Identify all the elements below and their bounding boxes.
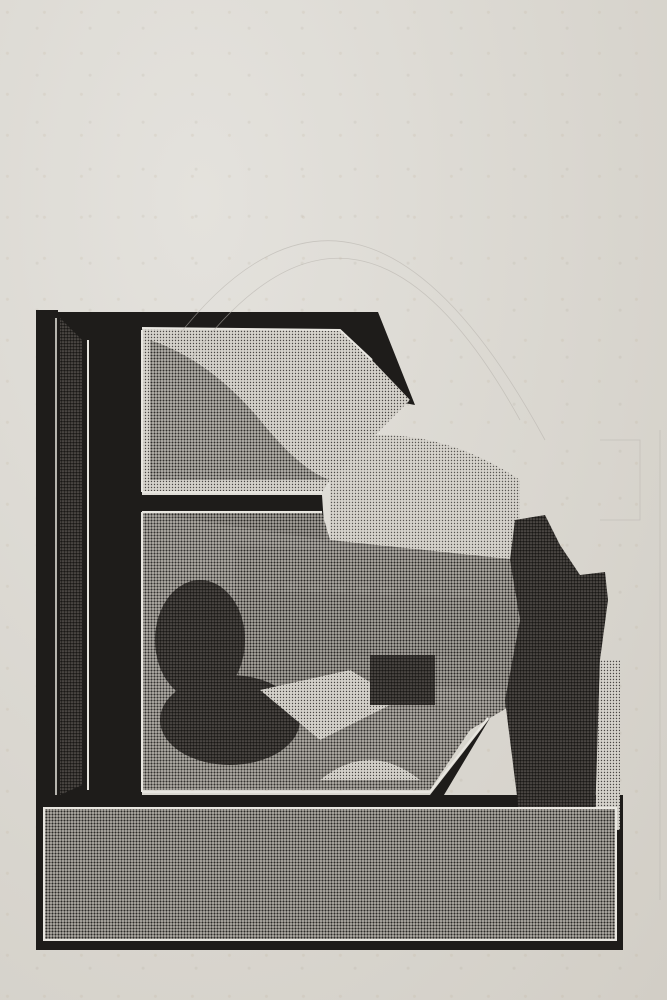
illuminated-initial-e xyxy=(0,0,667,1000)
ground-photo-panel xyxy=(44,808,616,940)
standing-figure xyxy=(505,515,620,830)
